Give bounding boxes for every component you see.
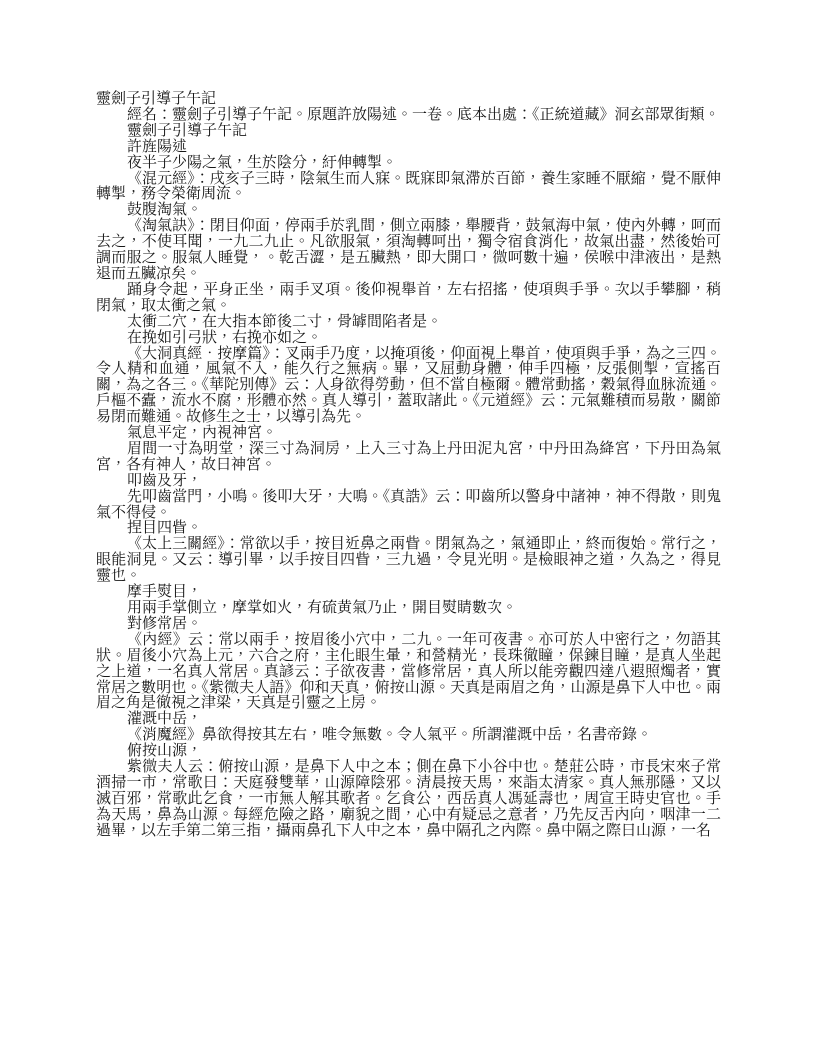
paragraph: 《內經》云：常以兩手，按眉後小穴中，二九。一年可夜書。亦可於人中密行之，勿語其狀… bbox=[96, 633, 721, 713]
paragraph: 《消魔經》鼻欲得按其左右，唯令無數。令人氣平。所謂灌溉中岳，名書帝錄。 bbox=[96, 728, 721, 744]
colophon-line: 經名：靈劍子引導子午記。原題許放陽述。一卷。底本出處：《正統道藏》洞玄部眾街類。 bbox=[96, 108, 721, 124]
paragraph: 用兩手掌側立，摩掌如火，有硫黄氣乃止，開目熨睛數次。 bbox=[96, 601, 721, 617]
paragraph: 夜半子少陽之氣，生於陰分，紆伸轉掣。 bbox=[96, 156, 721, 172]
author-byline: 許旌陽述 bbox=[96, 140, 721, 156]
paragraph: 先叩齒當門，小鳴。後叩大牙，大鳴。《真誥》云：叩齒所以警身中諸神，神不得散，則鬼… bbox=[96, 490, 721, 522]
section-heading: 鼓腹淘氣。 bbox=[96, 203, 721, 219]
paragraph: 《混元經》：戌亥子三時，陰氣生而人寐。既寐即氣滯於百節，養生家睡不厭縮，覺不厭伸… bbox=[96, 172, 721, 204]
section-heading: 氣息平定，內視神宮。 bbox=[96, 426, 721, 442]
document-page: 靈劍子引導子午記 經名：靈劍子引導子午記。原題許放陽述。一卷。底本出處：《正統道… bbox=[0, 0, 816, 1056]
paragraph: 《大洞真經‧按摩篇》：叉兩手乃度，以掩項後，仰面視上舉首，使項與手爭，為之三四。… bbox=[96, 347, 721, 427]
paragraph: 踊身令起，平身正坐，兩手叉項。後仰視舉首，左右招搖，使項與手爭。次以手攀腳，稍閉… bbox=[96, 283, 721, 315]
paragraph: 在挽如引弓狀，右挽亦如之。 bbox=[96, 331, 721, 347]
paragraph: 紫微夫人云：俯按山源，是鼻下人中之本；側在鼻下小谷中也。楚莊公時，市長宋來子常酒… bbox=[96, 760, 721, 840]
section-heading: 灌溉中岳， bbox=[96, 712, 721, 728]
paragraph: 太衝二穴，在大指本節後二寸，骨罅間陷者是。 bbox=[96, 315, 721, 331]
paragraph: 《太上三關經》：常欲以手，按目近鼻之兩眥。閉氣為之，氣通即止，終而復始。常行之，… bbox=[96, 537, 721, 585]
inner-title: 靈劍子引導子午記 bbox=[96, 124, 721, 140]
paragraph: 《淘氣訣》：閉目仰面，停兩手於乳間，側立兩膝，舉腰背，鼓氣海中氣，使內外轉，呵而… bbox=[96, 219, 721, 283]
document-title: 靈劍子引導子午記 bbox=[96, 92, 721, 108]
section-heading: 捏目四眥。 bbox=[96, 521, 721, 537]
section-heading: 叩齒及牙， bbox=[96, 474, 721, 490]
section-heading: 摩手熨目， bbox=[96, 585, 721, 601]
section-heading: 俯按山源， bbox=[96, 744, 721, 760]
paragraph: 眉間一寸為明堂，深三寸為洞房，上入三寸為上丹田泥丸宮，中丹田為絳宮，下丹田為氣宮… bbox=[96, 442, 721, 474]
section-heading: 對修常居。 bbox=[96, 617, 721, 633]
